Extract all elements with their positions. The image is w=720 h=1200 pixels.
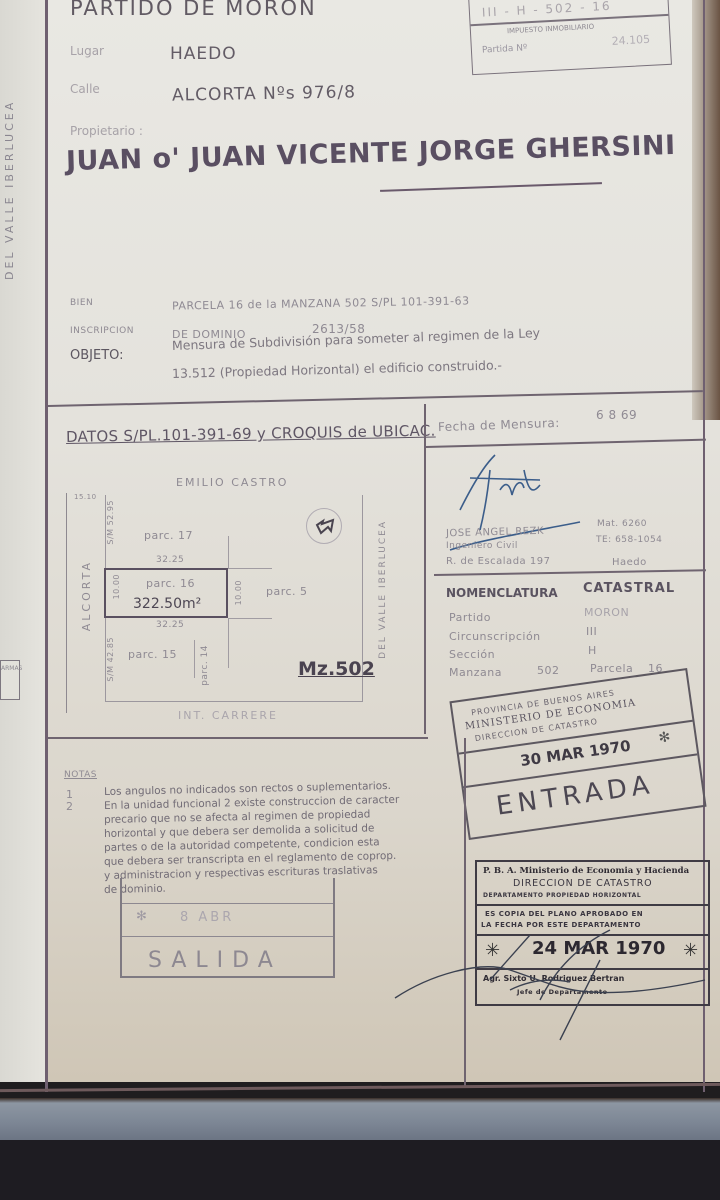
impuesto-label: IMPUESTO INMOBILIARIO [507,23,595,36]
stamp-line: P. B. A. Ministerio de Economia y Hacien… [483,866,689,876]
nomenclature-box: III - H - 502 - 16 IMPUESTO INMOBILIARIO… [468,0,672,75]
nomenclatura-value-partido: MORON [584,606,629,619]
length-bottom: 32.25 [156,620,184,630]
calle-value: ALCORTA Nºs 976/8 [172,82,356,105]
surveyor-address: R. de Escalada 197 [446,556,550,567]
propietario-label: Propietario : [70,124,143,138]
surveyor-title: Ingeniero Civil [446,541,518,551]
parcel-line [228,536,229,568]
distance-bottom: S/M 42.85 [106,637,115,682]
objeto-label: OBJETO: [70,348,124,363]
parcel-line [228,618,229,668]
nomenclatura-label-circunscripcion: Circunscripción [449,630,541,643]
parcel-line [228,568,272,569]
note-number: 2 [66,800,74,813]
lugar-value: HAEDO [170,44,237,64]
lugar-label: Lugar [70,44,104,58]
length-top: 32.25 [156,555,184,565]
fecha-mensura-value: 6 8 69 [596,408,637,422]
star-icon: ✻ [658,729,672,746]
street-right: DEL VALLE IBERLUCEA [378,520,388,659]
parcel-17-label: parc. 17 [144,529,193,542]
manzana-label: Mz.502 [298,658,375,680]
partida-label: Partida Nº [482,43,528,55]
distance-top: S/M 52.95 [106,500,115,545]
surveyor-phone: TE: 658-1054 [596,535,662,545]
street-top: EMILIO CASTRO [176,476,288,489]
partida-value: 24.105 [611,33,650,48]
vertical-divider [424,404,426,734]
adjacent-page-tab: ARMAS [0,660,20,700]
salida-stamp: ✻ 8 ABR SALIDA [120,878,335,978]
nomenclatura-value-manzana: 502 [537,664,560,677]
adjacent-page-strip: DEL VALLE IBERLUCEA ARMAS [0,0,48,1082]
side-right: 10.00 [234,580,243,605]
background-surface [0,1140,720,1200]
stamp-line: DIRECCION DE CATASTRO [513,878,652,889]
binder-bar [0,1098,720,1140]
salida-date: 8 ABR [180,910,234,925]
side-left: 10.00 [112,574,121,599]
stamp-line: ES COPIA DEL PLANO APROBADO EN [485,910,643,918]
bien-label: BIEN [70,298,93,308]
nomenclatura-value-circunscripcion: III [586,625,597,638]
stamp-divider [122,936,333,937]
street-bottom: INT. CARRERE [178,709,278,722]
parcel-16-label: parc. 16 [146,577,195,590]
divider [48,737,428,739]
parcel-line [194,640,195,678]
nomenclatura-label-parcela: Parcela [590,662,633,675]
stamp-divider [122,903,333,904]
adjacent-page-text: DEL VALLE IBERLUCEA [3,30,19,280]
north-arrow-icon [306,508,342,544]
surveyor-city: Haedo [612,557,647,568]
nomenclatura-label-partido: Partido [449,611,491,624]
inscripcion-label: INSCRIPCION [70,326,134,336]
nomenclatura-title-right: CATASTRAL [583,581,675,596]
star-icon: ✻ [136,909,147,924]
notes-title: NOTAS [64,770,97,780]
nomenclatura-title-left: NOMENCLATURA [446,586,558,600]
stamp-divider [477,904,708,906]
nomenclatura-label-manzana: Manzana [449,666,502,679]
parcel-line [228,618,272,619]
partido-title: PARTIDO DE MORON [70,0,317,20]
parcel-15-label: parc. 15 [128,648,177,661]
parcel-area: 322.50m² [133,596,201,612]
stamp-line: DEPARTAMENTO PROPIEDAD HORIZONTAL [483,892,641,899]
nomenclatura-label-seccion: Sección [449,648,495,661]
corner-distance: 15.10 [74,493,97,501]
street-left: ALCORTA [80,560,93,631]
salida-label: SALIDA [148,948,282,973]
surveyor-matricula: Mat. 6260 [597,519,647,529]
parcel-5-label: parc. 5 [266,585,308,598]
calle-label: Calle [70,82,100,96]
nomenclatura-value-seccion: H [588,644,597,657]
parcel-14-label: parc. 14 [200,645,210,686]
nomenclature-code: III - H - 502 - 16 [482,0,612,20]
official-signature [390,920,710,1060]
